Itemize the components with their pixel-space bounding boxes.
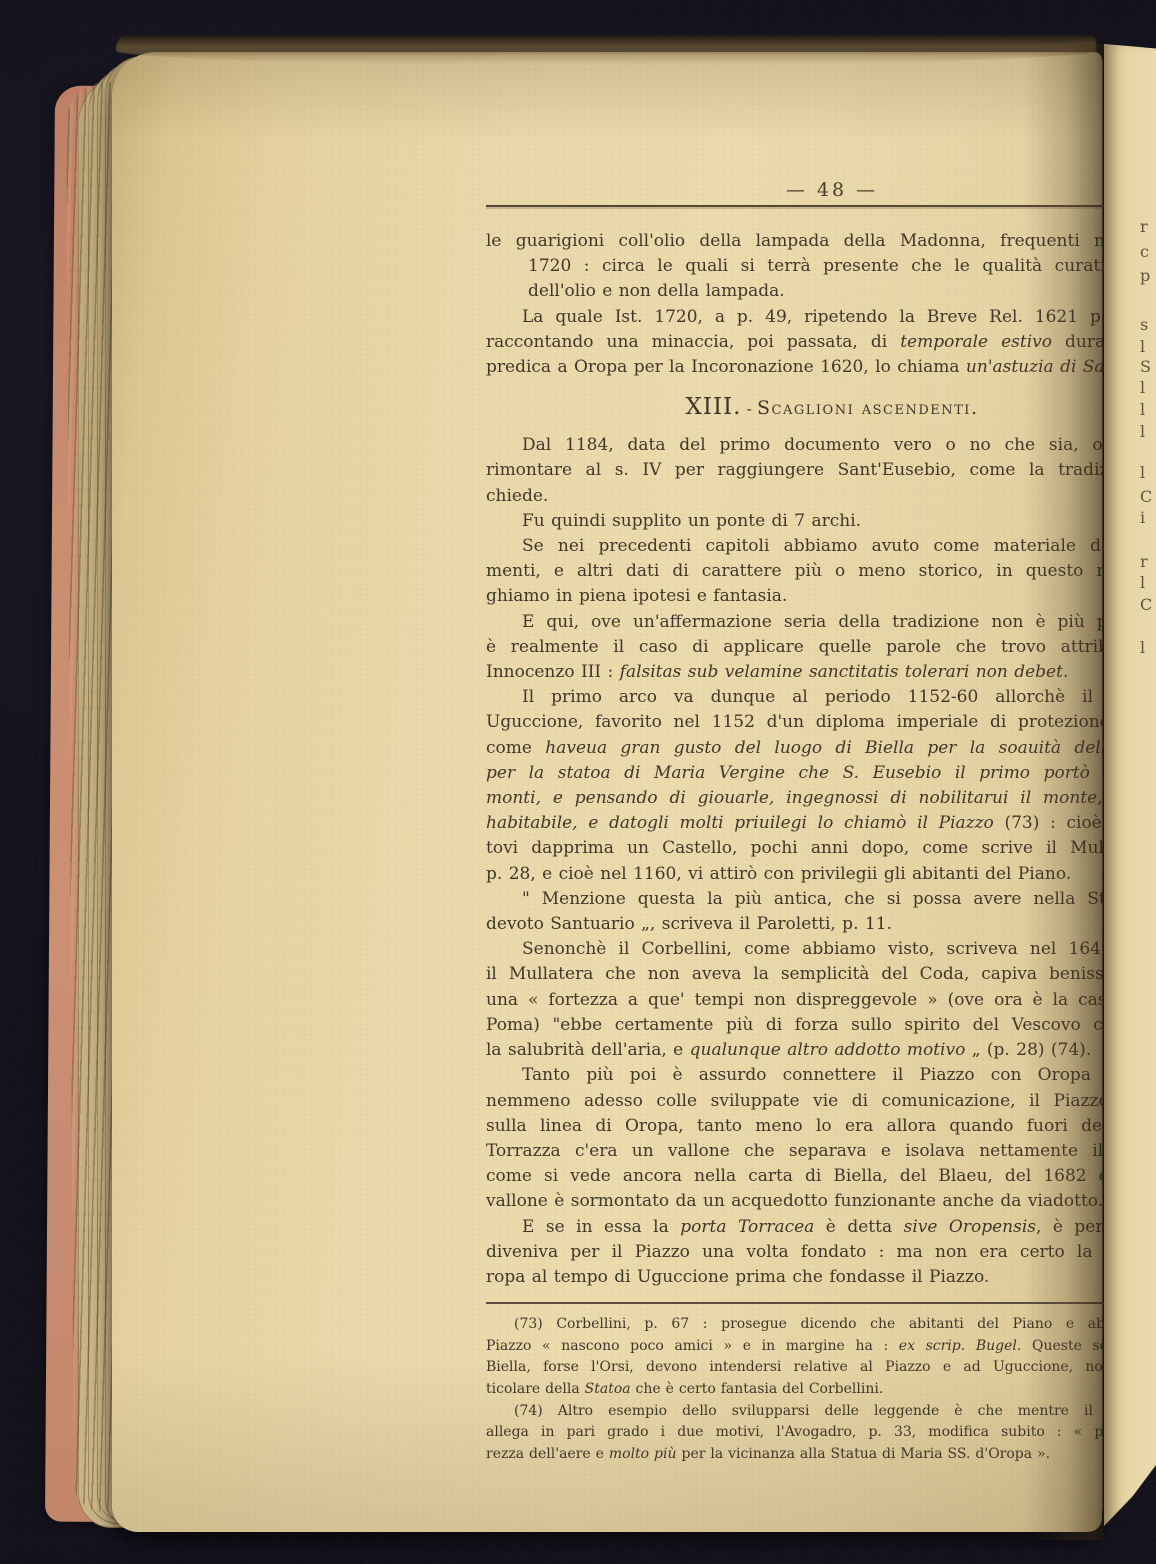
text-segment: Se nei precedenti capitoli abbiamo avuto… — [522, 536, 1156, 556]
text-segment: devoto Santuario „, scriveva il Parolett… — [486, 914, 892, 934]
text-segment: Poma) "ebbe certamente più di forza sull… — [486, 1015, 1156, 1035]
text-line: E qui, ove un'affermazione seria della t… — [486, 610, 1156, 635]
text-line: Senonchè il Corbellini, come abbiamo vis… — [486, 937, 1156, 962]
text-segment: Tanto più poi è assurdo connettere il Pi… — [522, 1065, 1156, 1085]
text-segment: chiede. — [486, 486, 548, 506]
body-paragraph: E se in essa la porta Torracea è detta s… — [486, 1215, 1156, 1291]
next-page-text-fragment: C — [1140, 595, 1152, 614]
text-line: Fu quindi supplito un ponte di 7 archi. — [486, 509, 1156, 534]
text-line: Poma) "ebbe certamente più di forza sull… — [486, 1013, 1156, 1038]
italic-text: falsitas sub velamine sanctitatis tolera… — [620, 662, 1069, 682]
text-line: (73) Corbellini, p. 67 : prosegue dicend… — [486, 1314, 1156, 1336]
page-content: — 48 — le guarigioni coll'olio della lam… — [486, 178, 1156, 1465]
text-segment: La quale Ist. 1720, a p. 49, ripetendo l… — [522, 307, 1156, 327]
text-line: come haveua gran gusto del luogo di Biel… — [486, 736, 1156, 761]
text-segment: Torrazza c'era un vallone che separava e… — [486, 1141, 1156, 1161]
text-line: allega in pari grado i due motivi, l'Avo… — [486, 1422, 1156, 1444]
next-page-text-fragment: s — [1140, 315, 1148, 334]
text-segment: sulla linea di Oropa, tanto meno lo era … — [486, 1116, 1156, 1136]
body-paragraph: Senonchè il Corbellini, come abbiamo vis… — [486, 937, 1156, 1063]
text-segment: Biella, forse l'Orsi, devono intendersi … — [486, 1359, 1156, 1375]
italic-text: porta Torracea — [680, 1217, 814, 1237]
text-line: la salubrità dell'aria, e qualunque altr… — [486, 1038, 1156, 1063]
body-paragraph: Se nei precedenti capitoli abbiamo avuto… — [486, 534, 1156, 610]
text-segment: una « fortezza a que' tempi non dispregg… — [486, 990, 1156, 1010]
text-segment: che è certo fantasia del Corbellini. — [631, 1381, 884, 1397]
footnote-paragraph: (73) Corbellini, p. 67 : prosegue dicend… — [486, 1314, 1156, 1400]
text-line: ticolare della Statoa che è certo fantas… — [486, 1379, 1156, 1401]
text-line: il Mullatera che non aveva la semplicità… — [486, 962, 1156, 987]
text-line: rezza dell'aere e molto più per la vicin… — [486, 1444, 1156, 1466]
next-page-text-fragment: p — [1140, 266, 1150, 285]
text-segment: " Menzione questa la più antica, che si … — [522, 889, 1156, 909]
text-line: come si vede ancora nella carta di Biell… — [486, 1164, 1156, 1189]
text-segment: tovi dapprima un Castello, pochi anni do… — [486, 838, 1156, 858]
text-line: habitabile, e datogli molti priuilegi lo… — [486, 811, 1156, 836]
text-segment: come si vede ancora nella carta di Biell… — [486, 1166, 1156, 1186]
text-segment: ghiamo in piena ipotesi e fantasia. — [486, 586, 787, 606]
body-paragraph: Tanto più poi è assurdo connettere il Pi… — [486, 1063, 1156, 1214]
next-page-text-fragment: l — [1140, 337, 1145, 356]
footnote-divider — [486, 1302, 1156, 1304]
text-line: raccontando una minaccia, poi passata, d… — [486, 330, 1156, 355]
text-column: le guarigioni coll'olio della lampada de… — [486, 229, 1156, 1465]
text-segment: E qui, ove un'affermazione seria della t… — [522, 612, 1156, 632]
text-line: è realmente il caso di applicare quelle … — [486, 635, 1156, 660]
text-segment: è realmente il caso di applicare quelle … — [486, 637, 1156, 657]
next-page-text-fragment: S — [1140, 357, 1151, 376]
next-page-text-fragment: i — [1140, 508, 1145, 527]
text-line: monti, e pensando di giouarle, ingegnoss… — [486, 786, 1156, 811]
text-segment: diveniva per il Piazzo una volta fondato… — [486, 1242, 1156, 1262]
next-page-text-fragment: l — [1140, 573, 1145, 592]
text-segment: Uguccione, favorito nel 1152 d'un diplom… — [486, 712, 1156, 732]
book-scan: — 48 — le guarigioni coll'olio della lam… — [0, 0, 1156, 1564]
next-page-text-fragment: C — [1140, 487, 1152, 506]
text-segment: Dal 1184, data del primo documento vero … — [522, 435, 1156, 455]
next-page-text-fragment: l — [1140, 378, 1145, 397]
text-segment: la salubrità dell'aria, e — [486, 1040, 690, 1060]
text-segment: le guarigioni coll'olio della lampada de… — [486, 231, 1156, 251]
text-line: 1720 : circa le quali si terrà presente … — [486, 254, 1156, 279]
text-segment: come — [486, 738, 545, 758]
italic-text: qualunque altro addotto motivo — [690, 1040, 966, 1060]
italic-text: temporale estivo — [900, 332, 1052, 352]
text-line: predica a Oropa per la Incoronazione 162… — [486, 355, 1156, 380]
text-segment: (73) Corbellini, p. 67 : prosegue dicend… — [514, 1316, 1156, 1332]
text-segment: menti, e altri dati di carattere più o m… — [486, 561, 1156, 581]
text-segment: dell'olio e non della lampada. — [528, 281, 785, 301]
italic-text: ex scrip. Bugel. — [899, 1338, 1022, 1354]
text-segment: predica a Oropa per la Incoronazione 162… — [486, 357, 966, 377]
text-segment: allega in pari grado i due motivi, l'Avo… — [486, 1424, 1156, 1440]
text-line: Tanto più poi è assurdo connettere il Pi… — [486, 1063, 1156, 1088]
text-line: menti, e altri dati di carattere più o m… — [486, 559, 1156, 584]
text-line: sulla linea di Oropa, tanto meno lo era … — [486, 1114, 1156, 1139]
heading-numeral: XIII. — [686, 394, 742, 420]
italic-text: habitabile, e datogli molti priuilegi lo… — [486, 813, 994, 833]
text-line: le guarigioni coll'olio della lampada de… — [486, 229, 1156, 254]
italic-text: Statoa — [585, 1381, 631, 1397]
text-segment: raccontando una minaccia, poi passata, d… — [486, 332, 900, 352]
text-segment: p. 28, e cioè nel 1160, vi attirò con pr… — [486, 864, 1071, 884]
next-page-text-fragment: c — [1140, 242, 1149, 261]
body-paragraph: Il primo arco va dunque al periodo 1152-… — [486, 685, 1156, 887]
page-number: — 48 — — [486, 178, 1156, 202]
body-paragraph: Fu quindi supplito un ponte di 7 archi. — [486, 509, 1156, 534]
text-line: dell'olio e non della lampada. — [486, 279, 1156, 304]
book-page: — 48 — le guarigioni coll'olio della lam… — [112, 52, 1102, 1532]
text-segment: 1720 : circa le quali si terrà presente … — [528, 256, 1156, 276]
header-rule — [486, 205, 1156, 207]
italic-text: molto più — [609, 1446, 677, 1462]
text-line: Se nei precedenti capitoli abbiamo avuto… — [486, 534, 1156, 559]
text-line: E se in essa la porta Torracea è detta s… — [486, 1215, 1156, 1240]
next-page-text-fragment: r — [1140, 217, 1148, 236]
text-line: devoto Santuario „, scriveva il Parolett… — [486, 912, 1156, 937]
body-paragraph: le guarigioni coll'olio della lampada de… — [486, 229, 1156, 305]
text-line: Piazzo « nascono poco amici » e in margi… — [486, 1336, 1156, 1358]
text-line: Uguccione, favorito nel 1152 d'un diplom… — [486, 710, 1156, 735]
text-segment: Innocenzo III : — [486, 662, 620, 682]
text-line: vallone è sormontato da un acquedotto fu… — [486, 1189, 1156, 1214]
body-paragraph: E qui, ove un'affermazione seria della t… — [486, 610, 1156, 686]
italic-text: sive Oropensis — [904, 1217, 1036, 1237]
next-page-text-fragment: l — [1140, 422, 1145, 441]
text-segment: ticolare della — [486, 1381, 585, 1397]
section-heading: XIII. - Scaglioni ascendenti. — [486, 394, 1156, 422]
heading-title: Scaglioni ascendenti. — [757, 397, 978, 419]
body-paragraph: Dal 1184, data del primo documento vero … — [486, 433, 1156, 509]
text-line: ropa al tempo di Uguccione prima che fon… — [486, 1265, 1156, 1290]
text-line: Torrazza c'era un vallone che separava e… — [486, 1139, 1156, 1164]
text-line: Biella, forse l'Orsi, devono intendersi … — [486, 1357, 1156, 1379]
text-segment: (74) Altro esempio dello svilupparsi del… — [514, 1403, 1156, 1419]
text-line: (74) Altro esempio dello svilupparsi del… — [486, 1401, 1156, 1423]
text-line: Innocenzo III : falsitas sub velamine sa… — [486, 660, 1156, 685]
text-line: nemmeno adesso colle sviluppate vie di c… — [486, 1089, 1156, 1114]
text-line: rimontare al s. IV per raggiungere Sant'… — [486, 458, 1156, 483]
text-segment: Senonchè il Corbellini, come abbiamo vis… — [522, 939, 1156, 959]
text-segment: Fu quindi supplito un ponte di 7 archi. — [522, 511, 861, 531]
text-segment: vallone è sormontato da un acquedotto fu… — [486, 1191, 1103, 1211]
text-line: " Menzione questa la più antica, che si … — [486, 887, 1156, 912]
italic-text: monti, e pensando di giouarle, ingegnoss… — [486, 788, 1156, 808]
text-line: tovi dapprima un Castello, pochi anni do… — [486, 836, 1156, 861]
text-segment: per la vicinanza alla Statua di Maria SS… — [677, 1446, 1051, 1462]
text-line: diveniva per il Piazzo una volta fondato… — [486, 1240, 1156, 1265]
text-line: una « fortezza a que' tempi non dispregg… — [486, 988, 1156, 1013]
text-segment: E se in essa la — [522, 1217, 680, 1237]
next-page-text-fragment: l — [1140, 638, 1145, 657]
next-page-text-fragment: l — [1140, 463, 1145, 482]
body-paragraph: La quale Ist. 1720, a p. 49, ripetendo l… — [486, 305, 1156, 381]
italic-text: haveua gran gusto del luogo di Biella pe… — [545, 738, 1156, 758]
text-line: La quale Ist. 1720, a p. 49, ripetendo l… — [486, 305, 1156, 330]
text-segment: il Mullatera che non aveva la semplicità… — [486, 964, 1156, 984]
text-segment: Piazzo « nascono poco amici » e in margi… — [486, 1338, 899, 1354]
page-top-edge — [116, 34, 1096, 64]
text-segment: è detta — [814, 1217, 903, 1237]
text-segment: nemmeno adesso colle sviluppate vie di c… — [486, 1091, 1156, 1111]
text-segment: rezza dell'aere e — [486, 1446, 609, 1462]
next-page-text-fragment: l — [1140, 400, 1145, 419]
body-paragraph: " Menzione questa la più antica, che si … — [486, 887, 1156, 937]
text-line: per la statoa di Maria Vergine che S. Eu… — [486, 761, 1156, 786]
text-segment: „ (p. 28) (74). — [965, 1040, 1091, 1060]
next-page-text-fragment: r — [1140, 552, 1148, 571]
italic-text: per la statoa di Maria Vergine che S. Eu… — [486, 763, 1156, 783]
text-line: Il primo arco va dunque al periodo 1152-… — [486, 685, 1156, 710]
text-segment: rimontare al s. IV per raggiungere Sant'… — [486, 460, 1156, 480]
text-segment: Il primo arco va dunque al periodo 1152-… — [522, 687, 1156, 707]
text-line: p. 28, e cioè nel 1160, vi attirò con pr… — [486, 862, 1156, 887]
text-line: Dal 1184, data del primo documento vero … — [486, 433, 1156, 458]
footnote-paragraph: (74) Altro esempio dello svilupparsi del… — [486, 1401, 1156, 1466]
text-line: chiede. — [486, 484, 1156, 509]
facing-page-sliver: rcpslSllllCirlCl — [1104, 44, 1156, 1532]
text-segment: ropa al tempo di Uguccione prima che fon… — [486, 1267, 989, 1287]
text-line: ghiamo in piena ipotesi e fantasia. — [486, 584, 1156, 609]
